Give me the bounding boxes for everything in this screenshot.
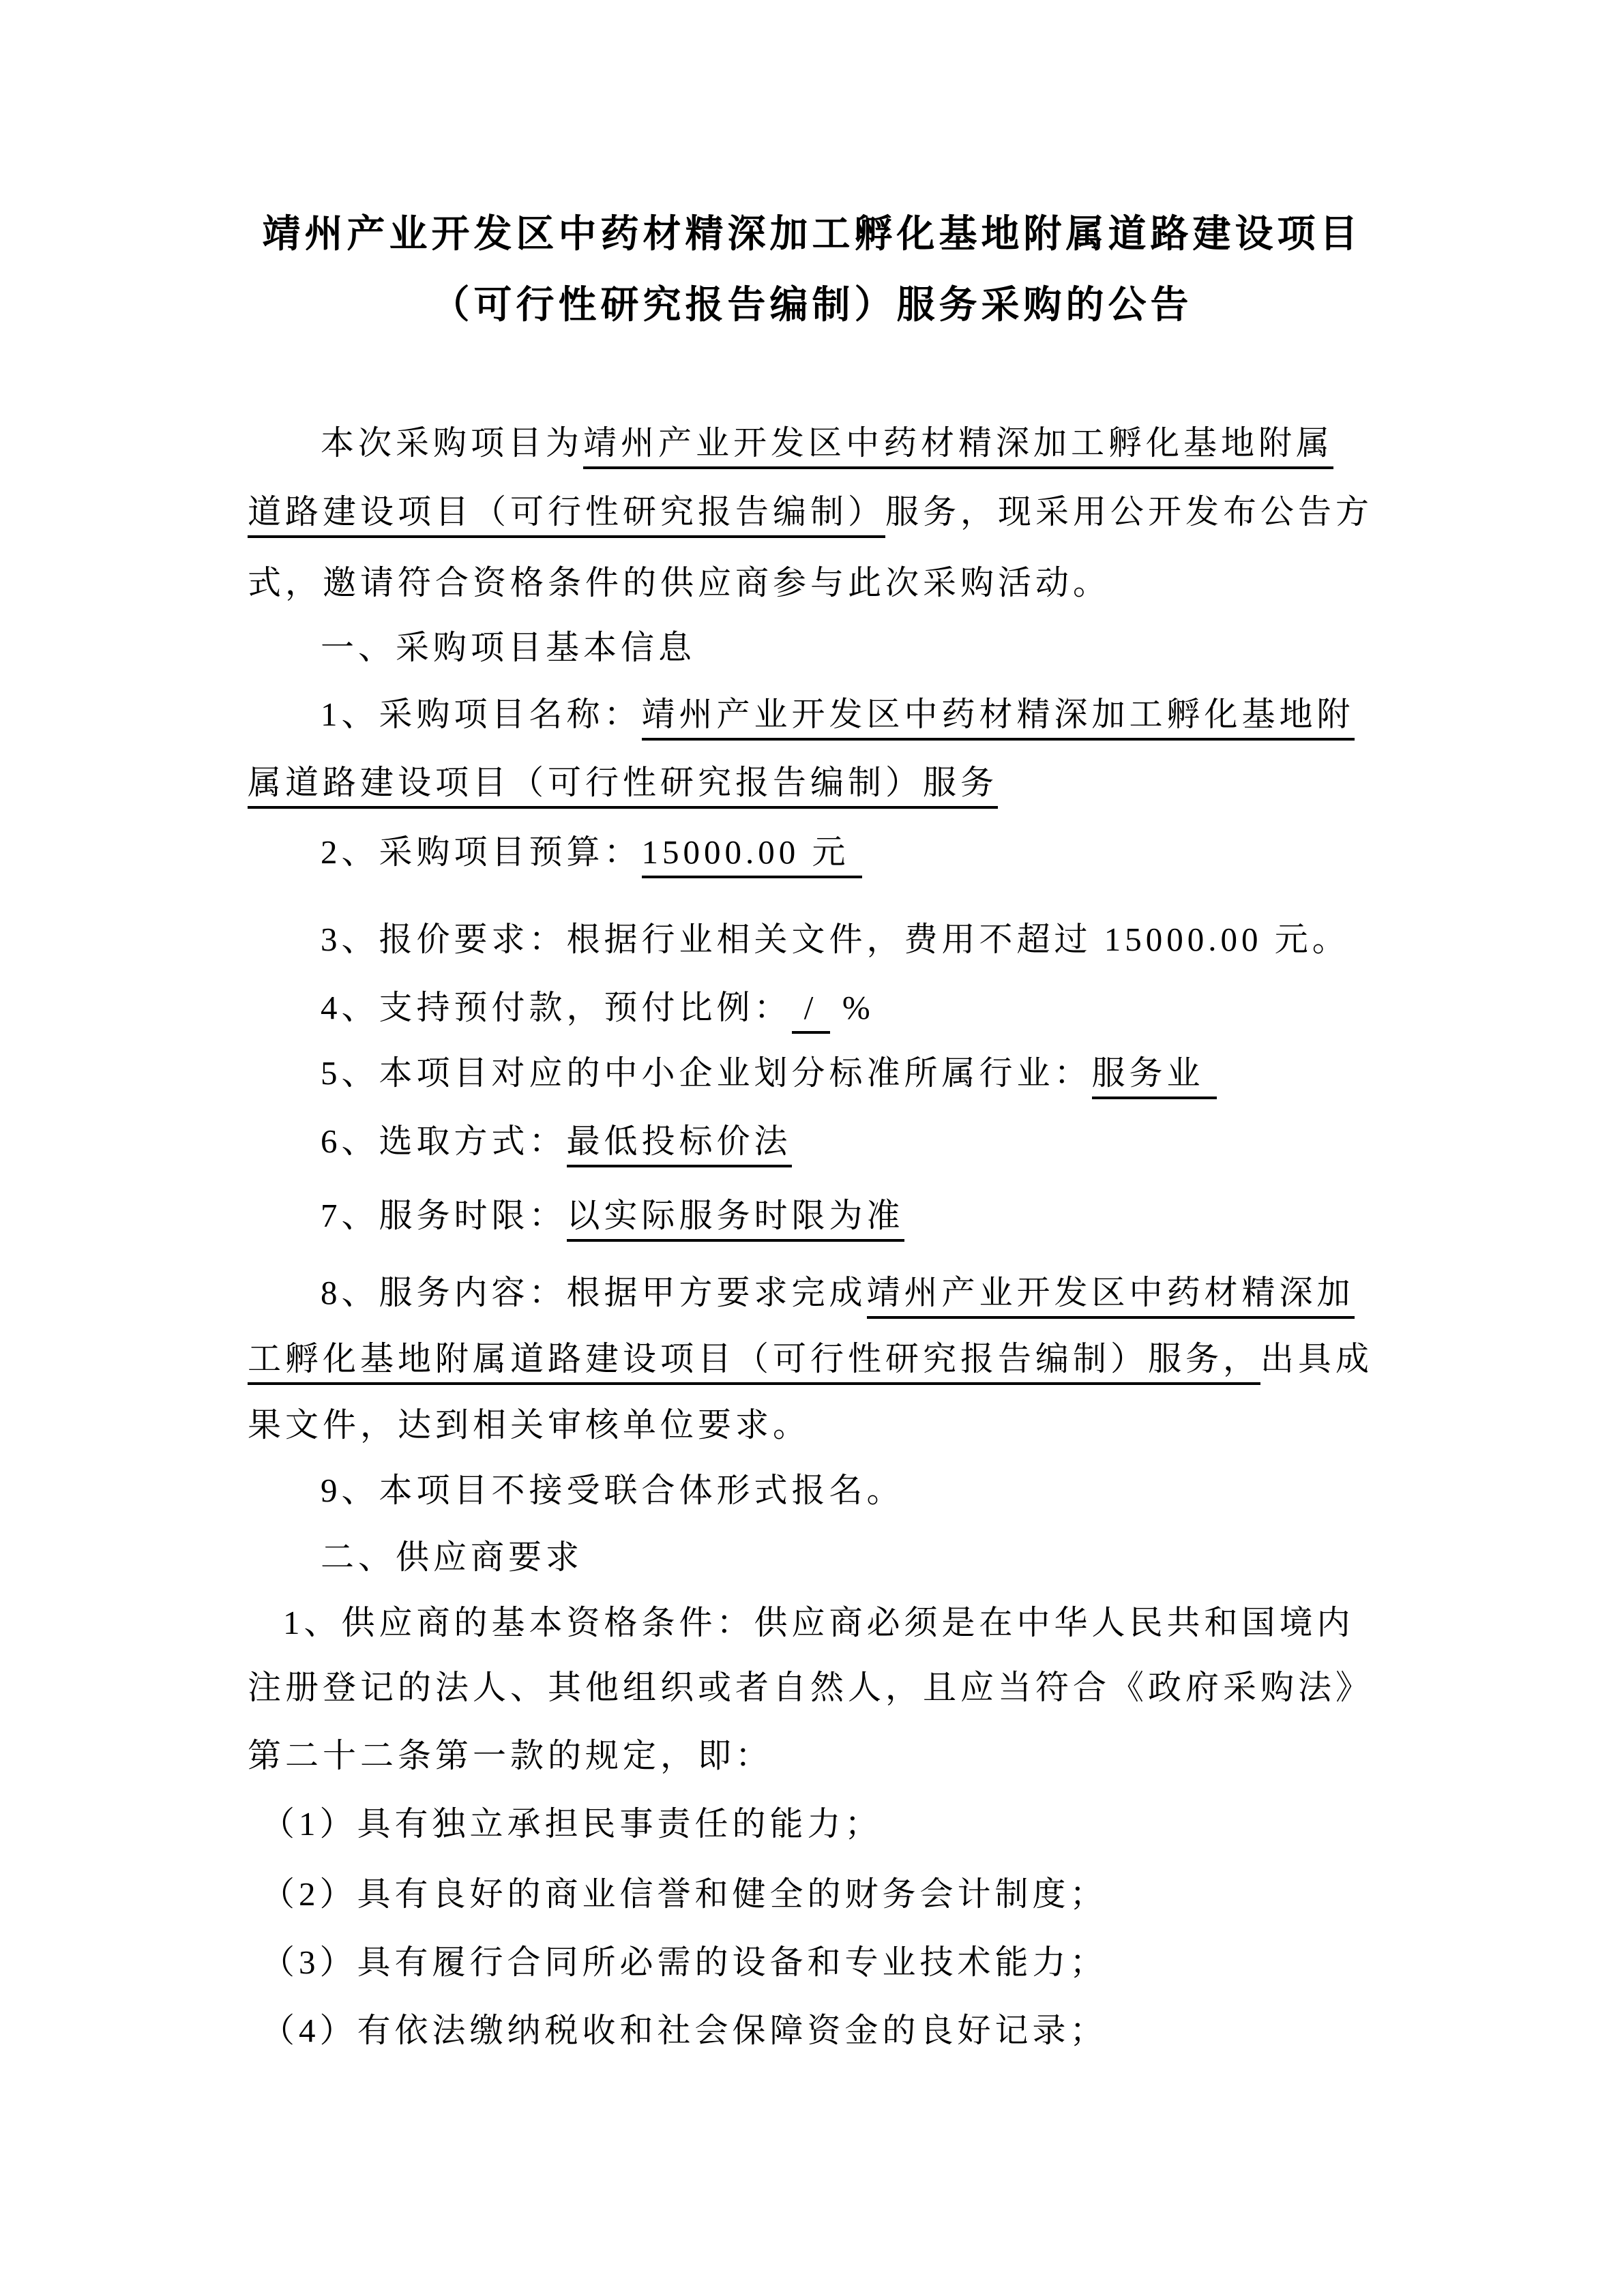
underlined-text-run: 靖州产业开发区中药材精深加工孵化基地附属 (583, 424, 1333, 469)
text-line: 5、本项目对应的中小企业划分标准所属行业：服务业 (321, 1054, 1217, 1092)
underlined-text-run: 最低投标价法 (567, 1122, 792, 1167)
text-line: 1、采购项目名称：靖州产业开发区中药材精深加工孵化基地附 (321, 696, 1355, 734)
text-line: 注册登记的法人、其他组织或者自然人，且应当符合《政府采购法》 (248, 1669, 1373, 1707)
text-run: 1、供应商的基本资格条件：供应商必须是在中华人民共和国境内 (283, 1604, 1355, 1641)
text-line: 6、选取方式：最低投标价法 (321, 1122, 792, 1161)
document-page: 靖州产业开发区中药材精深加工孵化基地附属道路建设项目 （可行性研究报告编制）服务… (0, 0, 1624, 2296)
text-run: （2）具有良好的商业信誉和健全的财务会计制度； (261, 1875, 1108, 1913)
text-run: （1）具有独立承担民事责任的能力； (261, 1805, 883, 1843)
text-line: 果文件，达到相关审核单位要求。 (248, 1406, 810, 1444)
text-line: 属道路建设项目（可行性研究报告编制）服务 (248, 764, 998, 802)
text-line: 一、采购项目基本信息 (321, 629, 696, 667)
text-line: 工孵化基地附属道路建设项目（可行性研究报告编制）服务，出具成 (248, 1340, 1373, 1378)
text-run: 4、支持预付款，预付比例： (321, 989, 792, 1026)
text-run: 果文件，达到相关审核单位要求。 (248, 1406, 810, 1444)
text-run: 5、本项目对应的中小企业划分标准所属行业： (321, 1054, 1092, 1092)
text-line: 式，邀请符合资格条件的供应商参与此次采购活动。 (248, 564, 1110, 602)
document-title-line-1: 靖州产业开发区中药材精深加工孵化基地附属道路建设项目 (0, 213, 1624, 256)
text-run: （3）具有履行合同所必需的设备和专业技术能力； (261, 1943, 1108, 1981)
underlined-text-run: 属道路建设项目（可行性研究报告编制）服务 (248, 764, 998, 809)
text-run: 一、采购项目基本信息 (321, 629, 696, 666)
text-run: 2、采购项目预算： (321, 833, 642, 871)
text-run: 3、报价要求：根据行业相关文件，费用不超过 15000.00 元。 (321, 921, 1350, 958)
text-run: 本次采购项目为 (321, 424, 583, 462)
text-run: 二、供应商要求 (321, 1538, 583, 1576)
text-run: 8、服务内容：根据甲方要求完成 (321, 1274, 867, 1311)
text-line: 2、采购项目预算：15000.00 元 (321, 833, 862, 871)
text-line: 8、服务内容：根据甲方要求完成靖州产业开发区中药材精深加 (321, 1274, 1355, 1312)
underlined-text-run: 道路建设项目（可行性研究报告编制） (248, 493, 885, 538)
text-line: 1、供应商的基本资格条件：供应商必须是在中华人民共和国境内 (283, 1604, 1355, 1642)
underlined-text-run: 15000.00 元 (642, 833, 862, 878)
underlined-text-run: 服务业 (1092, 1054, 1217, 1099)
text-run: 出具成 (1260, 1340, 1373, 1377)
text-run: 9、本项目不接受联合体形式报名。 (321, 1472, 904, 1509)
text-line: 本次采购项目为靖州产业开发区中药材精深加工孵化基地附属 (321, 424, 1333, 462)
text-line: 道路建设项目（可行性研究报告编制）服务，现采用公开发布公告方 (248, 493, 1373, 531)
text-run: 7、服务时限： (321, 1197, 567, 1234)
text-line: 4、支持预付款，预付比例： / % (321, 989, 874, 1027)
text-line: 第二十二条第一款的规定，即： (248, 1737, 773, 1775)
underlined-text-run: 靖州产业开发区中药材精深加 (867, 1274, 1355, 1319)
text-line: （4）有依法缴纳税收和社会保障资金的良好记录； (261, 2012, 1108, 2050)
underlined-text-run: 靖州产业开发区中药材精深加工孵化基地附 (642, 696, 1355, 741)
text-line: 9、本项目不接受联合体形式报名。 (321, 1472, 904, 1510)
text-run: 服务，现采用公开发布公告方 (885, 493, 1373, 531)
underlined-text-run: 以实际服务时限为准 (567, 1197, 904, 1242)
text-line: （1）具有独立承担民事责任的能力； (261, 1805, 883, 1843)
text-run: 6、选取方式： (321, 1122, 567, 1160)
underlined-text-run: / (792, 989, 830, 1034)
text-line: 7、服务时限：以实际服务时限为准 (321, 1197, 904, 1235)
text-line: 二、供应商要求 (321, 1538, 583, 1577)
text-run: 第二十二条第一款的规定，即： (248, 1737, 773, 1774)
document-title-line-2: （可行性研究报告编制）服务采购的公告 (0, 284, 1624, 327)
underlined-text-run: 工孵化基地附属道路建设项目（可行性研究报告编制）服务， (248, 1340, 1260, 1385)
text-run: 式，邀请符合资格条件的供应商参与此次采购活动。 (248, 564, 1110, 601)
text-run: % (830, 989, 874, 1026)
text-line: （2）具有良好的商业信誉和健全的财务会计制度； (261, 1875, 1108, 1913)
text-run: 1、采购项目名称： (321, 696, 642, 733)
text-run: （4）有依法缴纳税收和社会保障资金的良好记录； (261, 2012, 1108, 2049)
text-run: 注册登记的法人、其他组织或者自然人，且应当符合《政府采购法》 (248, 1669, 1373, 1706)
text-line: （3）具有履行合同所必需的设备和专业技术能力； (261, 1943, 1108, 1982)
text-line: 3、报价要求：根据行业相关文件，费用不超过 15000.00 元。 (321, 921, 1350, 959)
